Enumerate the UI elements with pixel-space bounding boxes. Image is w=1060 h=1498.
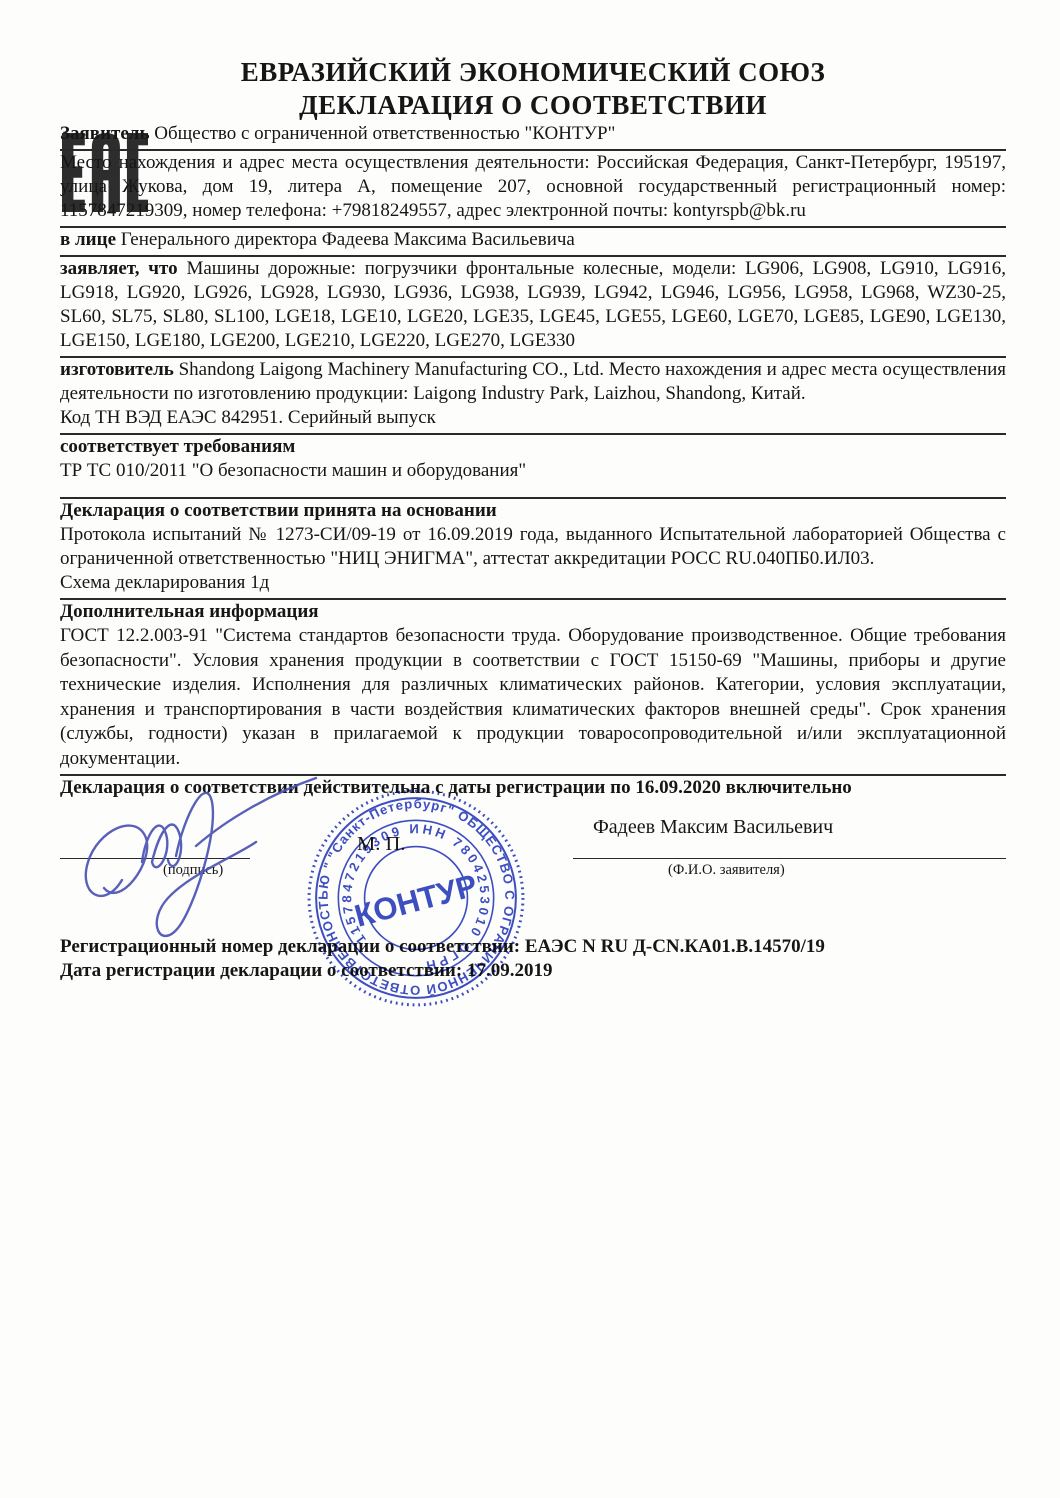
declares-row: заявляет, что Машины дорожные: погрузчик… — [60, 257, 1006, 353]
declaration-scheme: Схема декларирования 1д — [60, 571, 1006, 595]
basis-heading: Декларация о соответствии принята на осн… — [60, 499, 1006, 523]
applicant-fio: Фадеев Максим Васильевич — [593, 816, 833, 839]
additional-heading: Дополнительная информация — [60, 600, 1006, 624]
applicant-row: Заявитель Общество с ограниченной ответс… — [60, 122, 1006, 146]
signature-block: (подпись) М. П. "Санкт-Петербург" ОБЩЕСТ… — [60, 800, 1006, 935]
fio-line — [573, 858, 1006, 859]
applicant-label: Заявитель — [60, 123, 150, 144]
document-body: ЕВРАЗИЙСКИЙ ЭКОНОМИЧЕСКИЙ СОЮЗ ДЕКЛАРАЦИ… — [60, 0, 1006, 983]
document-title: ЕВРАЗИЙСКИЙ ЭКОНОМИЧЕСКИЙ СОЮЗ ДЕКЛАРАЦИ… — [60, 56, 1006, 122]
company-round-stamp: "Санкт-Петербург" ОБЩЕСТВО С ОГРАНИЧЕННО… — [300, 782, 532, 1014]
in-face-value: Генерального директора Фадеева Максима В… — [121, 229, 575, 250]
stamp-center-text: КОНТУР — [351, 868, 481, 934]
declaration-document: ЕВРАЗИЙСКИЙ ЭКОНОМИЧЕСКИЙ СОЮЗ ДЕКЛАРАЦИ… — [0, 0, 1060, 1498]
fio-caption: (Ф.И.О. заявителя) — [668, 862, 785, 879]
title-declaration: ДЕКЛАРАЦИЯ О СООТВЕТСТВИИ — [60, 89, 1006, 122]
complies-heading: соответствует требованиям — [60, 435, 1006, 459]
product-models: Машины дорожные: погрузчики фронтальные … — [60, 258, 1006, 351]
declares-label: заявляет, что — [60, 258, 178, 279]
registration-number-value: ЕАЭС N RU Д-CN.КА01.В.14570/19 — [525, 936, 825, 957]
applicant-address: Место нахождения и адрес места осуществл… — [60, 151, 1006, 223]
registration-date-row: Дата регистрации декларации о соответств… — [60, 959, 1006, 983]
applicant-value: Общество с ограниченной ответственностью… — [154, 123, 615, 144]
manufacturer-label: изготовитель — [60, 359, 174, 380]
in-face-row: в лице Генерального директора Фадеева Ма… — [60, 228, 1006, 252]
additional-text: ГОСТ 12.2.003-91 "Система стандартов без… — [60, 624, 1006, 771]
title-union: ЕВРАЗИЙСКИЙ ЭКОНОМИЧЕСКИЙ СОЮЗ — [60, 56, 1006, 89]
manufacturer-value: Shandong Laigong Machinery Manufacturing… — [60, 359, 1006, 404]
in-face-label: в лице — [60, 229, 116, 250]
complies-regulation: ТР ТС 010/2011 "О безопасности машин и о… — [60, 459, 1006, 483]
basis-text: Протокола испытаний № 1273-СИ/09-19 от 1… — [60, 523, 1006, 571]
manufacturer-row: изготовитель Shandong Laigong Machinery … — [60, 358, 1006, 406]
tnved-code: Код ТН ВЭД ЕАЭС 842951. Серийный выпуск — [60, 406, 1006, 430]
